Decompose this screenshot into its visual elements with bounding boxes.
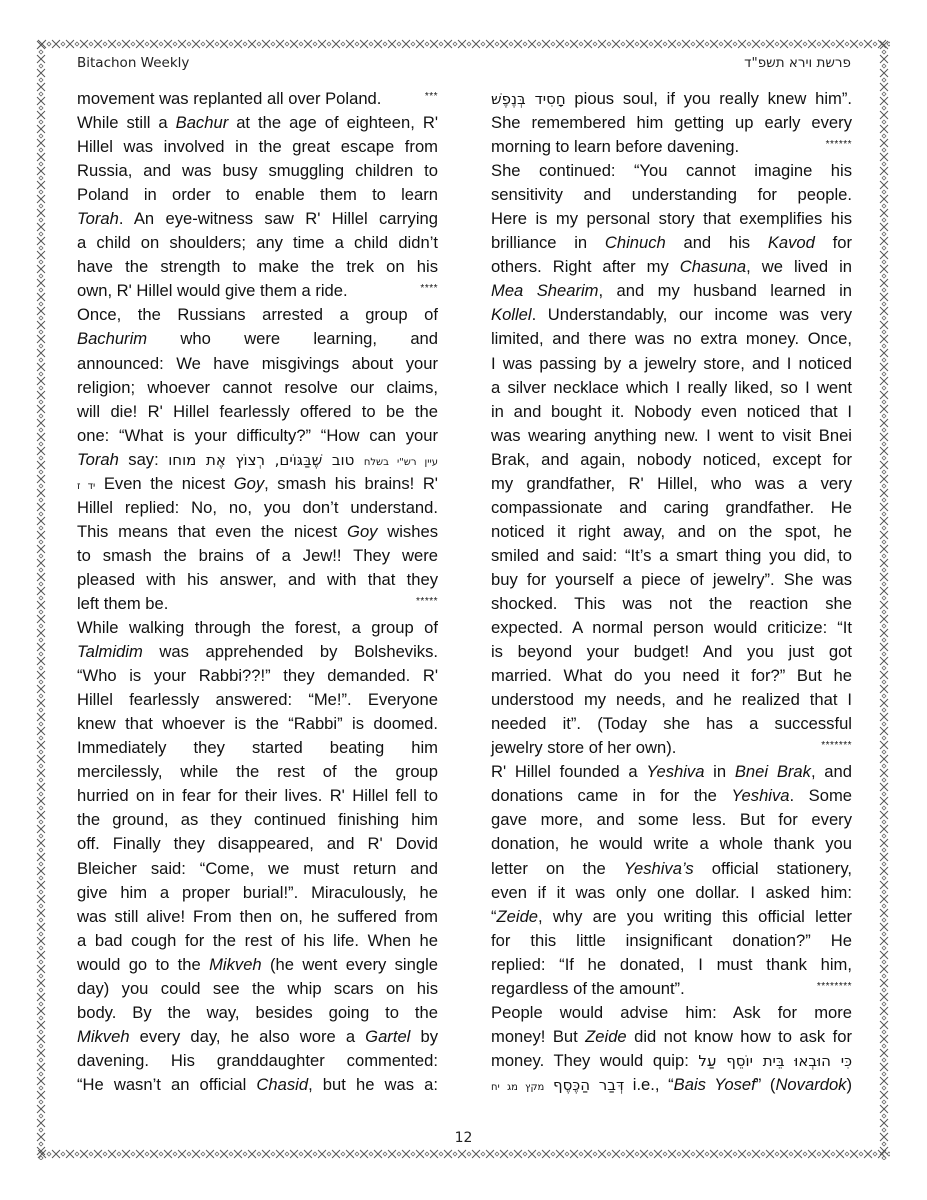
line-text: While walking through the forest, a grou…: [77, 618, 438, 637]
text-line: smiled and said: “It’s a smart thing you…: [491, 544, 852, 568]
line-text: a silver necklace which I really liked, …: [491, 378, 852, 397]
text-line: People would advise him: Ask for more: [491, 1001, 852, 1025]
italic-term: Bais Yosef: [674, 1075, 756, 1094]
text-line: knew that whoever is the “Rabbi” is doom…: [77, 712, 438, 736]
text-line: She continued: “You cannot imagine his: [491, 159, 852, 183]
text-line: donations came in for the Yeshiva. Some: [491, 784, 852, 808]
line-text-segment: “He wasn’t an official: [77, 1075, 256, 1094]
text-line: Mikveh every day, he also wore a Gartel …: [77, 1025, 438, 1049]
line-text-segment: [544, 1075, 553, 1094]
line-text: I was passing by a jewelry store, and I …: [491, 354, 852, 373]
italic-term: Bnei Brak: [735, 762, 811, 781]
text-line: announced: We have misgivings about your: [77, 352, 438, 376]
italic-term: Goy: [347, 522, 377, 541]
line-text: Bleicher said: “Come, we must return and: [77, 859, 438, 878]
line-text: davening. His granddaughter commented:: [77, 1051, 438, 1070]
italic-term: Chasuna: [680, 257, 746, 276]
line-text-segment: R' Hillel founded a: [491, 762, 646, 781]
line-text: Once, the Russians arrested a group of: [77, 305, 438, 324]
hebrew-quote: טוב שֶׁבַּגּוֹים, רְצוֹץ אֶת מוחו: [168, 451, 354, 469]
text-line: even if it was only one dollar. I asked …: [491, 881, 852, 905]
text-line: a child on shoulders; any time a child d…: [77, 231, 438, 255]
line-text: donation, he would write a whole thank y…: [491, 834, 852, 853]
text-line: expected. A normal person would criticiz…: [491, 616, 852, 640]
italic-term: Torah: [77, 209, 119, 228]
line-text-segment: , and: [811, 762, 852, 781]
text-line: I was passing by a jewelry store, and I …: [491, 352, 852, 376]
line-text-segment: (he went every single: [262, 955, 438, 974]
line-text: limited, and there was no extra money. O…: [491, 329, 852, 348]
italic-term: Zeide: [585, 1027, 627, 1046]
text-line: Hillel fearlessly answered: “Me!”. Every…: [77, 688, 438, 712]
line-text: She remembered him getting up early ever…: [491, 113, 852, 132]
text-line: in and bought it. Nobody even noticed th…: [491, 400, 852, 424]
text-line: off. Finally they disappeared, and R' Do…: [77, 832, 438, 856]
line-text-segment: money. They would quip:: [491, 1051, 698, 1070]
line-text-segment: , and my husband learned in: [599, 281, 852, 300]
text-line: money. They would quip: כִּי הוּבְאוּ בֵ…: [491, 1049, 852, 1073]
text-line: Bachurim who were learning, and: [77, 327, 438, 351]
italic-term: Yeshiva’s: [624, 859, 694, 878]
text-line: would go to the Mikveh (he went every si…: [77, 953, 438, 977]
line-text: to smash the brains of a Jew!! They were: [77, 546, 438, 565]
text-line: davening. His granddaughter commented:: [77, 1049, 438, 1073]
line-text: Hillel replied: No, no, you don’t unders…: [77, 498, 438, 517]
line-text-segment: . An eye-witness saw R' Hillel carrying: [119, 209, 438, 228]
line-text: is beyond your budget! And you just got: [491, 642, 852, 661]
line-text: movement was replanted all over Poland.: [77, 89, 381, 108]
text-line: body. By the way, besides going to the: [77, 1001, 438, 1025]
text-line: buy for yourself a piece of jewelry”. Sh…: [491, 568, 852, 592]
line-text-segment: . Some: [790, 786, 852, 805]
text-line: Hillel replied: No, no, you don’t unders…: [77, 496, 438, 520]
section-separator-stars: ******: [826, 135, 852, 155]
line-text-segment: [354, 450, 363, 469]
line-text: a bad cough for the rest of his life. Wh…: [77, 931, 438, 950]
line-text: the ground, as they continued finishing …: [77, 810, 438, 829]
line-text: own, R' Hillel would give them a ride.: [77, 281, 348, 300]
line-text-segment: , why are you writing this official lett…: [538, 907, 852, 926]
border-left: [35, 38, 47, 1160]
text-line: pleased with his answer, and with that t…: [77, 568, 438, 592]
text-line: needed it”. (Today she has a successful: [491, 712, 852, 736]
text-line: left them be.*****: [77, 592, 438, 616]
italic-term: Mea Shearim: [491, 281, 599, 300]
line-text: give him a proper burial!”. Miraculously…: [77, 883, 438, 902]
text-line: hurried on in fear for their lives. R' H…: [77, 784, 438, 808]
line-text: buy for yourself a piece of jewelry”. Sh…: [491, 570, 852, 589]
line-text-segment: others. Right after my: [491, 257, 680, 276]
line-text: Immediately they started beating him: [77, 738, 438, 757]
italic-term: Bachur: [176, 113, 229, 132]
text-line: R' Hillel founded a Yeshiva in Bnei Brak…: [491, 760, 852, 784]
line-text-segment: , but he was a:: [308, 1075, 438, 1094]
text-line: noticed it right away, and on the spot, …: [491, 520, 852, 544]
line-text-segment: say:: [119, 450, 168, 469]
text-line: While still a Bachur at the age of eight…: [77, 111, 438, 135]
line-text: married. What do you need it for?” But h…: [491, 666, 852, 685]
line-text: understood my needs, and he realized tha…: [491, 690, 852, 709]
section-separator-stars: ****: [420, 279, 438, 299]
section-separator-stars: ***: [425, 87, 438, 107]
line-text-segment: . Understandably, our income was very: [532, 305, 852, 324]
text-line: Talmidim was apprehended by Bolsheviks.: [77, 640, 438, 664]
line-text-segment: by: [410, 1027, 438, 1046]
section-separator-stars: *******: [821, 736, 852, 756]
text-line: “Zeide, why are you writing this officia…: [491, 905, 852, 929]
line-text: morning to learn before davening.: [491, 137, 739, 156]
line-text: off. Finally they disappeared, and R' Do…: [77, 834, 438, 853]
line-text-segment: in: [704, 762, 734, 781]
italic-term: Mikveh: [209, 955, 262, 974]
text-line: This means that even the nicest Goy wish…: [77, 520, 438, 544]
text-line: sensitivity and understanding for people…: [491, 183, 852, 207]
text-line: money! But Zeide did not know how to ask…: [491, 1025, 852, 1049]
line-text-segment: This means that even the nicest: [77, 522, 347, 541]
line-text-segment: brilliance in: [491, 233, 605, 252]
line-text: regardless of the amount”.: [491, 979, 685, 998]
line-text-segment: would go to the: [77, 955, 209, 974]
text-line: is beyond your budget! And you just got: [491, 640, 852, 664]
left-text-column: movement was replanted all over Poland.*…: [77, 87, 438, 1097]
text-line: compassionate and caring grandfather. He: [491, 496, 852, 520]
line-text: my grandfather, R' Hillel, who was a ver…: [491, 474, 852, 493]
text-line: own, R' Hillel would give them a ride.**…: [77, 279, 438, 303]
text-line: religion; whoever cannot resolve our cla…: [77, 376, 438, 400]
page-header: Bitachon Weekly פרשת וירא תשפ"ד: [77, 55, 851, 77]
line-text: replied: “If he donated, I must thank hi…: [491, 955, 852, 974]
text-line: one: “What is your difficulty?” “How can…: [77, 424, 438, 448]
text-line: Torah say: טוב שֶׁבַּגּוֹים, רְצוֹץ אֶת …: [77, 448, 438, 472]
text-line: donation, he would write a whole thank y…: [491, 832, 852, 856]
line-text: needed it”. (Today she has a successful: [491, 714, 852, 733]
text-line: מקץ מג יח דְּבַר הַכֶּסֶף i.e., “Bais Yo…: [491, 1073, 852, 1097]
line-text: Here is my personal story that exemplifi…: [491, 209, 852, 228]
text-line: Here is my personal story that exemplifi…: [491, 207, 852, 231]
text-line: to smash the brains of a Jew!! They were: [77, 544, 438, 568]
line-text: have the strength to make the trek on hi…: [77, 257, 438, 276]
publication-title: Bitachon Weekly: [77, 55, 189, 71]
italic-term: Talmidim: [77, 642, 143, 661]
line-text: shocked. This was not the reaction she: [491, 594, 852, 613]
line-text: left them be.: [77, 594, 168, 613]
line-text: sensitivity and understanding for people…: [491, 185, 852, 204]
line-text: was still alive! From then on, he suffer…: [77, 907, 438, 926]
line-text: even if it was only one dollar. I asked …: [491, 883, 852, 902]
text-line: morning to learn before davening.******: [491, 135, 852, 159]
line-text: gave more, and some less. But for every: [491, 810, 852, 829]
italic-term: Goy: [234, 474, 264, 493]
line-text: “Who is your Rabbi??!” they demanded. R': [77, 666, 438, 685]
text-line: יד ז Even the nicest Goy, smash his brai…: [77, 472, 438, 496]
text-line: jewelry store of her own).*******: [491, 736, 852, 760]
line-text: hurried on in fear for their lives. R' H…: [77, 786, 438, 805]
line-text: religion; whoever cannot resolve our cla…: [77, 378, 438, 397]
line-text: noticed it right away, and on the spot, …: [491, 522, 852, 541]
line-text: jewelry store of her own).: [491, 738, 676, 757]
text-line: replied: “If he donated, I must thank hi…: [491, 953, 852, 977]
text-line: was still alive! From then on, he suffer…: [77, 905, 438, 929]
line-text-segment: donations came in for the: [491, 786, 731, 805]
italic-term: Torah: [77, 450, 119, 469]
parsha-title: פרשת וירא תשפ"ד: [744, 55, 851, 71]
text-line: Torah. An eye-witness saw R' Hillel carr…: [77, 207, 438, 231]
line-text-segment: i.e., “: [624, 1075, 674, 1094]
text-line: regardless of the amount”.********: [491, 977, 852, 1001]
line-text: day) you could see the whip scars on his: [77, 979, 438, 998]
line-text: pleased with his answer, and with that t…: [77, 570, 438, 589]
text-line: Russia, and was busy smuggling children …: [77, 159, 438, 183]
line-text-segment: ): [846, 1075, 852, 1094]
line-text-segment: ” (: [756, 1075, 776, 1094]
italic-term: Zeide: [497, 907, 539, 926]
text-line: Mea Shearim, and my husband learned in: [491, 279, 852, 303]
text-line: movement was replanted all over Poland.*…: [77, 87, 438, 111]
page-number: 12: [0, 1130, 927, 1146]
line-text: Poland in order to enable them to learn: [77, 185, 438, 204]
line-text: compassionate and caring grandfather. He: [491, 498, 852, 517]
italic-term: Kollel: [491, 305, 532, 324]
line-text: was wearing anything new. I went to visi…: [491, 426, 852, 445]
hebrew-quote: דְּבַר הַכֶּסֶף: [553, 1076, 624, 1094]
line-text-segment: wishes: [377, 522, 438, 541]
text-line: Hillel was involved in the great escape …: [77, 135, 438, 159]
hebrew-quote: חָסִיד בְּנֶפֶשׁ: [491, 90, 566, 108]
line-text-segment: and his: [666, 233, 768, 252]
line-text: announced: We have misgivings about your: [77, 354, 438, 373]
text-line: married. What do you need it for?” But h…: [491, 664, 852, 688]
text-line: others. Right after my Chasuna, we lived…: [491, 255, 852, 279]
text-line: limited, and there was no extra money. O…: [491, 327, 852, 351]
italic-term: Chinuch: [605, 233, 666, 252]
text-line: While walking through the forest, a grou…: [77, 616, 438, 640]
line-text: Hillel was involved in the great escape …: [77, 137, 438, 156]
text-line: Kollel. Understandably, our income was v…: [491, 303, 852, 327]
italic-term: Gartel: [365, 1027, 410, 1046]
text-line: a silver necklace which I really liked, …: [491, 376, 852, 400]
text-line: a bad cough for the rest of his life. Wh…: [77, 929, 438, 953]
italic-term: Mikveh: [77, 1027, 130, 1046]
line-text: knew that whoever is the “Rabbi” is doom…: [77, 714, 438, 733]
hebrew-source-reference: עיין רש"י בשלח: [364, 457, 438, 468]
line-text-segment: for: [815, 233, 852, 252]
text-line: will die! R' Hillel fearlessly offered t…: [77, 400, 438, 424]
line-text-segment: Even the nicest: [95, 474, 233, 493]
line-text: mercilessly, while the rest of the group: [77, 762, 438, 781]
section-separator-stars: *****: [416, 592, 438, 612]
text-line: Poland in order to enable them to learn: [77, 183, 438, 207]
line-text: one: “What is your difficulty?” “How can…: [77, 426, 438, 445]
line-text-segment: While still a: [77, 113, 176, 132]
line-text-segment: at the age of eighteen, R': [228, 113, 438, 132]
text-line: letter on the Yeshiva’s official station…: [491, 857, 852, 881]
italic-term: Kavod: [768, 233, 815, 252]
text-line: have the strength to make the trek on hi…: [77, 255, 438, 279]
text-line: was wearing anything new. I went to visi…: [491, 424, 852, 448]
line-text-segment: , smash his brains! R': [264, 474, 438, 493]
text-line: “Who is your Rabbi??!” they demanded. R': [77, 664, 438, 688]
hebrew-source-reference: מקץ מג יח: [491, 1082, 544, 1093]
right-text-column: חָסִיד בְּנֶפֶשׁ pious soul, if you real…: [491, 87, 852, 1097]
text-line: brilliance in Chinuch and his Kavod for: [491, 231, 852, 255]
line-text: Brak, and again, nobody noticed, except …: [491, 450, 852, 469]
line-text-segment: letter on the: [491, 859, 624, 878]
text-line: She remembered him getting up early ever…: [491, 111, 852, 135]
border-bottom: [35, 1148, 890, 1160]
line-text: for this little insignificant donation?”…: [491, 931, 852, 950]
italic-term: Chasid: [256, 1075, 308, 1094]
hebrew-source-reference: יד ז: [77, 481, 95, 492]
line-text-segment: every day, he also wore a: [130, 1027, 366, 1046]
line-text-segment: pious soul, if you really knew him”.: [566, 89, 852, 108]
line-text-segment: did not know how to ask for: [627, 1027, 852, 1046]
line-text: She continued: “You cannot imagine his: [491, 161, 852, 180]
text-line: “He wasn’t an official Chasid, but he wa…: [77, 1073, 438, 1097]
line-text-segment: was apprehended by Bolsheviks.: [143, 642, 438, 661]
text-line: Bleicher said: “Come, we must return and: [77, 857, 438, 881]
text-line: for this little insignificant donation?”…: [491, 929, 852, 953]
line-text: body. By the way, besides going to the: [77, 1003, 438, 1022]
text-line: day) you could see the whip scars on his: [77, 977, 438, 1001]
line-text: in and bought it. Nobody even noticed th…: [491, 402, 852, 421]
italic-term: Bachurim: [77, 329, 147, 348]
line-text-segment: , we lived in: [746, 257, 852, 276]
hebrew-quote: כִּי הוּבְאוּ בֵּית יוֹסֵף עַל: [698, 1052, 852, 1070]
line-text: will die! R' Hillel fearlessly offered t…: [77, 402, 438, 421]
italic-term: Novardok: [775, 1075, 846, 1094]
italic-term: Yeshiva: [646, 762, 704, 781]
section-separator-stars: ********: [817, 977, 852, 997]
line-text-segment: official stationery,: [694, 859, 852, 878]
line-text: a child on shoulders; any time a child d…: [77, 233, 438, 252]
border-right: [878, 38, 890, 1160]
text-line: understood my needs, and he realized tha…: [491, 688, 852, 712]
italic-term: Yeshiva: [731, 786, 789, 805]
text-line: shocked. This was not the reaction she: [491, 592, 852, 616]
line-text-segment: money! But: [491, 1027, 585, 1046]
line-text-segment: who were learning, and: [147, 329, 438, 348]
line-text: expected. A normal person would criticiz…: [491, 618, 852, 637]
line-text: Hillel fearlessly answered: “Me!”. Every…: [77, 690, 438, 709]
text-line: mercilessly, while the rest of the group: [77, 760, 438, 784]
text-line: gave more, and some less. But for every: [491, 808, 852, 832]
text-line: the ground, as they continued finishing …: [77, 808, 438, 832]
border-top: [35, 38, 890, 50]
text-line: my grandfather, R' Hillel, who was a ver…: [491, 472, 852, 496]
line-text: smiled and said: “It’s a smart thing you…: [491, 546, 852, 565]
text-line: Immediately they started beating him: [77, 736, 438, 760]
line-text: Russia, and was busy smuggling children …: [77, 161, 438, 180]
text-line: Brak, and again, nobody noticed, except …: [491, 448, 852, 472]
line-text: People would advise him: Ask for more: [491, 1003, 852, 1022]
text-line: Once, the Russians arrested a group of: [77, 303, 438, 327]
text-line: give him a proper burial!”. Miraculously…: [77, 881, 438, 905]
text-line: חָסִיד בְּנֶפֶשׁ pious soul, if you real…: [491, 87, 852, 111]
